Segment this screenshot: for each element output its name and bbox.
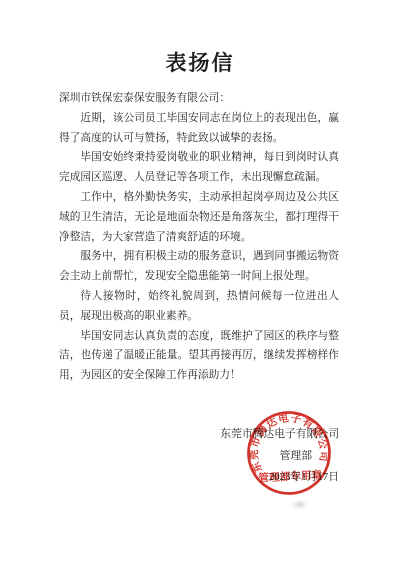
- seal-arc-company-text: 东莞市腾达电子有限公司: [242, 406, 333, 475]
- paragraph: 近期，该公司员工毕国安同志在岗位上的表现出色，赢得了高度的认可与赞扬，特此致以诚…: [59, 109, 339, 149]
- ink-smudge: [291, 500, 308, 509]
- paragraph: 工作中，格外勤快务实，主动承担起岗亭周边及公共区域的卫生清洁，无论是地面杂物还是…: [59, 188, 339, 247]
- company-seal-stamp-icon: 东莞市腾达电子有限公司 管理部专用章: [227, 391, 351, 515]
- page-title: 表扬信: [0, 50, 400, 76]
- salutation: 深圳市铁保宏泰保安服务有限公司：: [59, 89, 339, 109]
- seal-label-text: 管理部专用章: [258, 468, 323, 484]
- paragraph: 服务中，拥有积极主动的服务意识，遇到同事搬运物资会主动上前帮忙，发现安全隐患能第…: [59, 247, 339, 287]
- paragraph: 毕国安同志认真负责的态度，既维护了园区的秩序与整洁，也传递了温暖正能量。望其再接…: [59, 327, 339, 386]
- paragraph: 毕国安始终秉持爱岗敬业的职业精神，每日到岗时认真完成园区巡逻、人员登记等各项工作…: [59, 148, 339, 188]
- svg-text:东莞市腾达电子有限公司: 东莞市腾达电子有限公司: [242, 406, 333, 475]
- paragraph: 待人接物时，始终礼貌周到，热情问候每一位进出人员，展现出极高的职业素养。: [59, 287, 339, 327]
- commendation-letter-page: 表扬信 深圳市铁保宏泰保安服务有限公司： 近期，该公司员工毕国安同志在岗位上的表…: [0, 0, 400, 563]
- letter-body: 深圳市铁保宏泰保安服务有限公司： 近期，该公司员工毕国安同志在岗位上的表现出色，…: [59, 89, 339, 386]
